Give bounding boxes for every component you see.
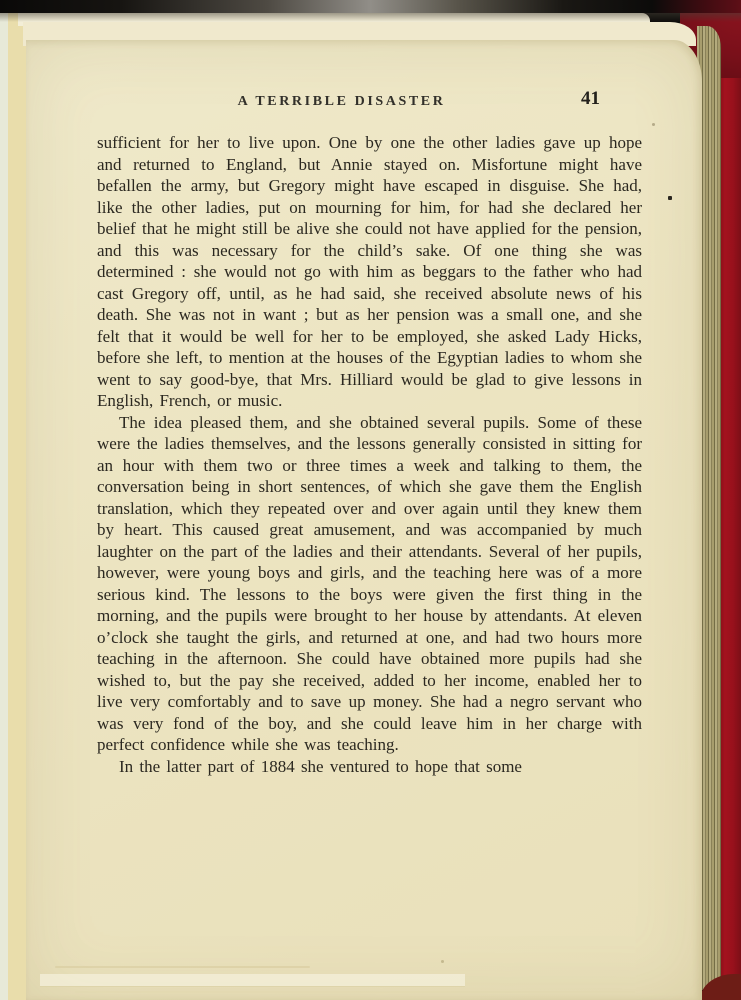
paper-speck	[441, 960, 444, 963]
photo-top-edge	[0, 0, 741, 13]
bottom-page-edge-band	[40, 974, 465, 987]
ink-speck	[668, 196, 672, 200]
photo-top-edge-shadow	[0, 13, 741, 22]
page-header: A TERRIBLE DISASTER 41	[97, 88, 642, 112]
bottom-page-edge-line	[75, 991, 635, 993]
body-text: sufficient for her to live upon. One by …	[97, 132, 642, 777]
paragraph: sufficient for her to live upon. One by …	[97, 132, 642, 412]
paper-speck	[652, 123, 655, 126]
left-page-edge-tan	[8, 10, 27, 1000]
page-number: 41	[581, 88, 600, 110]
text-column: A TERRIBLE DISASTER 41 sufficient for he…	[97, 88, 642, 777]
bottom-page-edge-line	[55, 966, 310, 968]
paragraph: The idea pleased them, and she obtained …	[97, 412, 642, 756]
scanned-book-photo: A TERRIBLE DISASTER 41 sufficient for he…	[0, 0, 741, 1000]
left-page-edge-light	[0, 10, 8, 1000]
running-title: A TERRIBLE DISASTER	[97, 94, 642, 110]
paragraph: In the latter part of 1884 she ventured …	[97, 756, 642, 778]
